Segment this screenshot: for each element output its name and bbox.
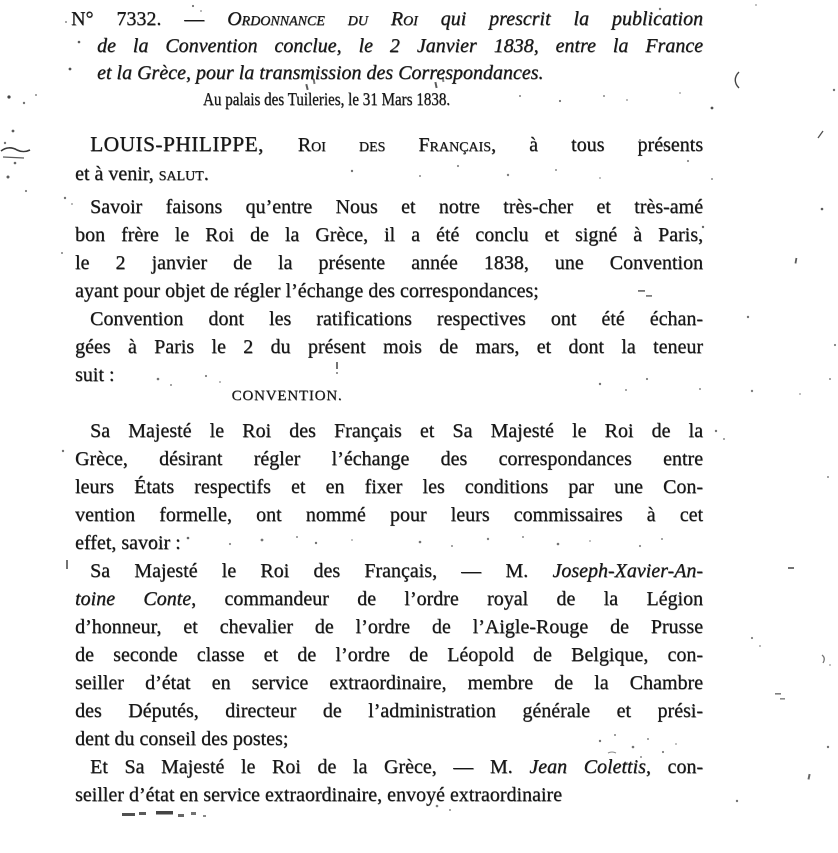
text-line: d’honneur, et chevalier de l’ordre de l’… [75, 613, 703, 641]
salutation-line2-pre: et à venir, [75, 163, 159, 185]
text-line: bon frère le Roi de la Grèce, il a été c… [75, 221, 703, 249]
text-line: dent du conseil des postes; [75, 725, 703, 753]
text-line: seiller d’état en service extraordinaire… [75, 781, 703, 809]
text-line: gées à Paris le 2 du présent mois de mar… [75, 333, 703, 361]
text-line: de seconde classe et de l’ordre de Léopo… [75, 641, 703, 669]
text-line: Savoir faisons qu’entre Nous et notre tr… [75, 193, 703, 221]
salutation-line-1: LOUIS-PHILIPPE, Roi des Français, à tous… [75, 130, 703, 160]
commissioner-name-greek: Jean Colettis, [529, 756, 651, 778]
text-line: Et Sa Majesté le Roi de la Grèce, — M. J… [75, 753, 703, 781]
french-line1-pre: Sa Majesté le Roi des Français, — M. [90, 560, 552, 582]
text-line: Sa Majesté le Roi des Français, — M. Jos… [75, 557, 703, 585]
text-line: suit : [75, 361, 703, 389]
text-line: toine Conte, commandeur de l’ordre royal… [75, 585, 703, 613]
text-line: Sa Majesté le Roi des Français et Sa Maj… [75, 417, 703, 445]
text-line: seiller d’état en service extraordinaire… [75, 669, 703, 697]
commissioner-name-french-cont: toine Conte [75, 588, 191, 610]
greek-commissioner-paragraph: Et Sa Majesté le Roi de la Grèce, — M. J… [75, 753, 703, 809]
ordinance-heading: N° 7332. — Ordonnance du Roi qui prescri… [75, 6, 703, 87]
text-line: des Députés, directeur de l’administrati… [75, 697, 703, 725]
king-title: Roi des Français, [298, 134, 496, 156]
scanned-document-page: N° 7332. — Ordonnance du Roi qui prescri… [0, 0, 838, 853]
text-line: Grèce, désirant régler l’échange des cor… [75, 445, 703, 473]
text-line: ayant pour objet de régler l’échange des… [75, 277, 703, 305]
heading-line-2: de la Convention conclue, le 2 Janvier 1… [97, 33, 703, 60]
commissioner-name-french: Joseph-Xavier-An- [552, 560, 703, 582]
french-line2-rest: , commandeur de l’ordre royal de la Légi… [191, 588, 703, 610]
text-line: effet, savoir : [75, 529, 703, 557]
dateline: Au palais des Tuileries, le 31 Mars 1838… [203, 88, 450, 110]
ordinance-number: N° 7332. — [71, 8, 227, 30]
french-commissioner-paragraph: Sa Majesté le Roi des Français, — M. Jos… [75, 557, 703, 753]
greek-line1-pre: Et Sa Majesté le Roi de la Grèce, — M. [90, 756, 529, 778]
convention-title: CONVENTION. [0, 388, 628, 405]
heading-line-1: N° 7332. — Ordonnance du Roi qui prescri… [71, 6, 703, 33]
heading-line-3: et la Grèce, pour la transmission des Co… [97, 60, 703, 87]
heading-line1-rest: qui prescrit la publication [418, 8, 703, 30]
greek-line1-post: con- [651, 756, 703, 778]
salutation-line-2: et à venir, salut. [75, 160, 703, 189]
text-line: vention formelle, ont nommé pour leurs c… [75, 501, 703, 529]
king-name: LOUIS-PHILIPPE, [90, 132, 298, 156]
convention-preface-paragraph: Sa Majesté le Roi des Français et Sa Maj… [75, 417, 703, 557]
ratification-paragraph: Convention dont les ratifications respec… [75, 305, 703, 389]
ordinance-title: Ordonnance du Roi [227, 8, 418, 30]
salutation-line1-rest: à tous présents [496, 134, 703, 156]
salut-word: salut. [159, 163, 209, 185]
salutation-paragraph: LOUIS-PHILIPPE, Roi des Français, à tous… [75, 130, 703, 188]
preamble-paragraph: Savoir faisons qu’entre Nous et notre tr… [75, 193, 703, 305]
text-line: le 2 janvier de la présente année 1838, … [75, 249, 703, 277]
text-line: Convention dont les ratifications respec… [75, 305, 703, 333]
text-line: leurs États respectifs et en fixer les c… [75, 473, 703, 501]
